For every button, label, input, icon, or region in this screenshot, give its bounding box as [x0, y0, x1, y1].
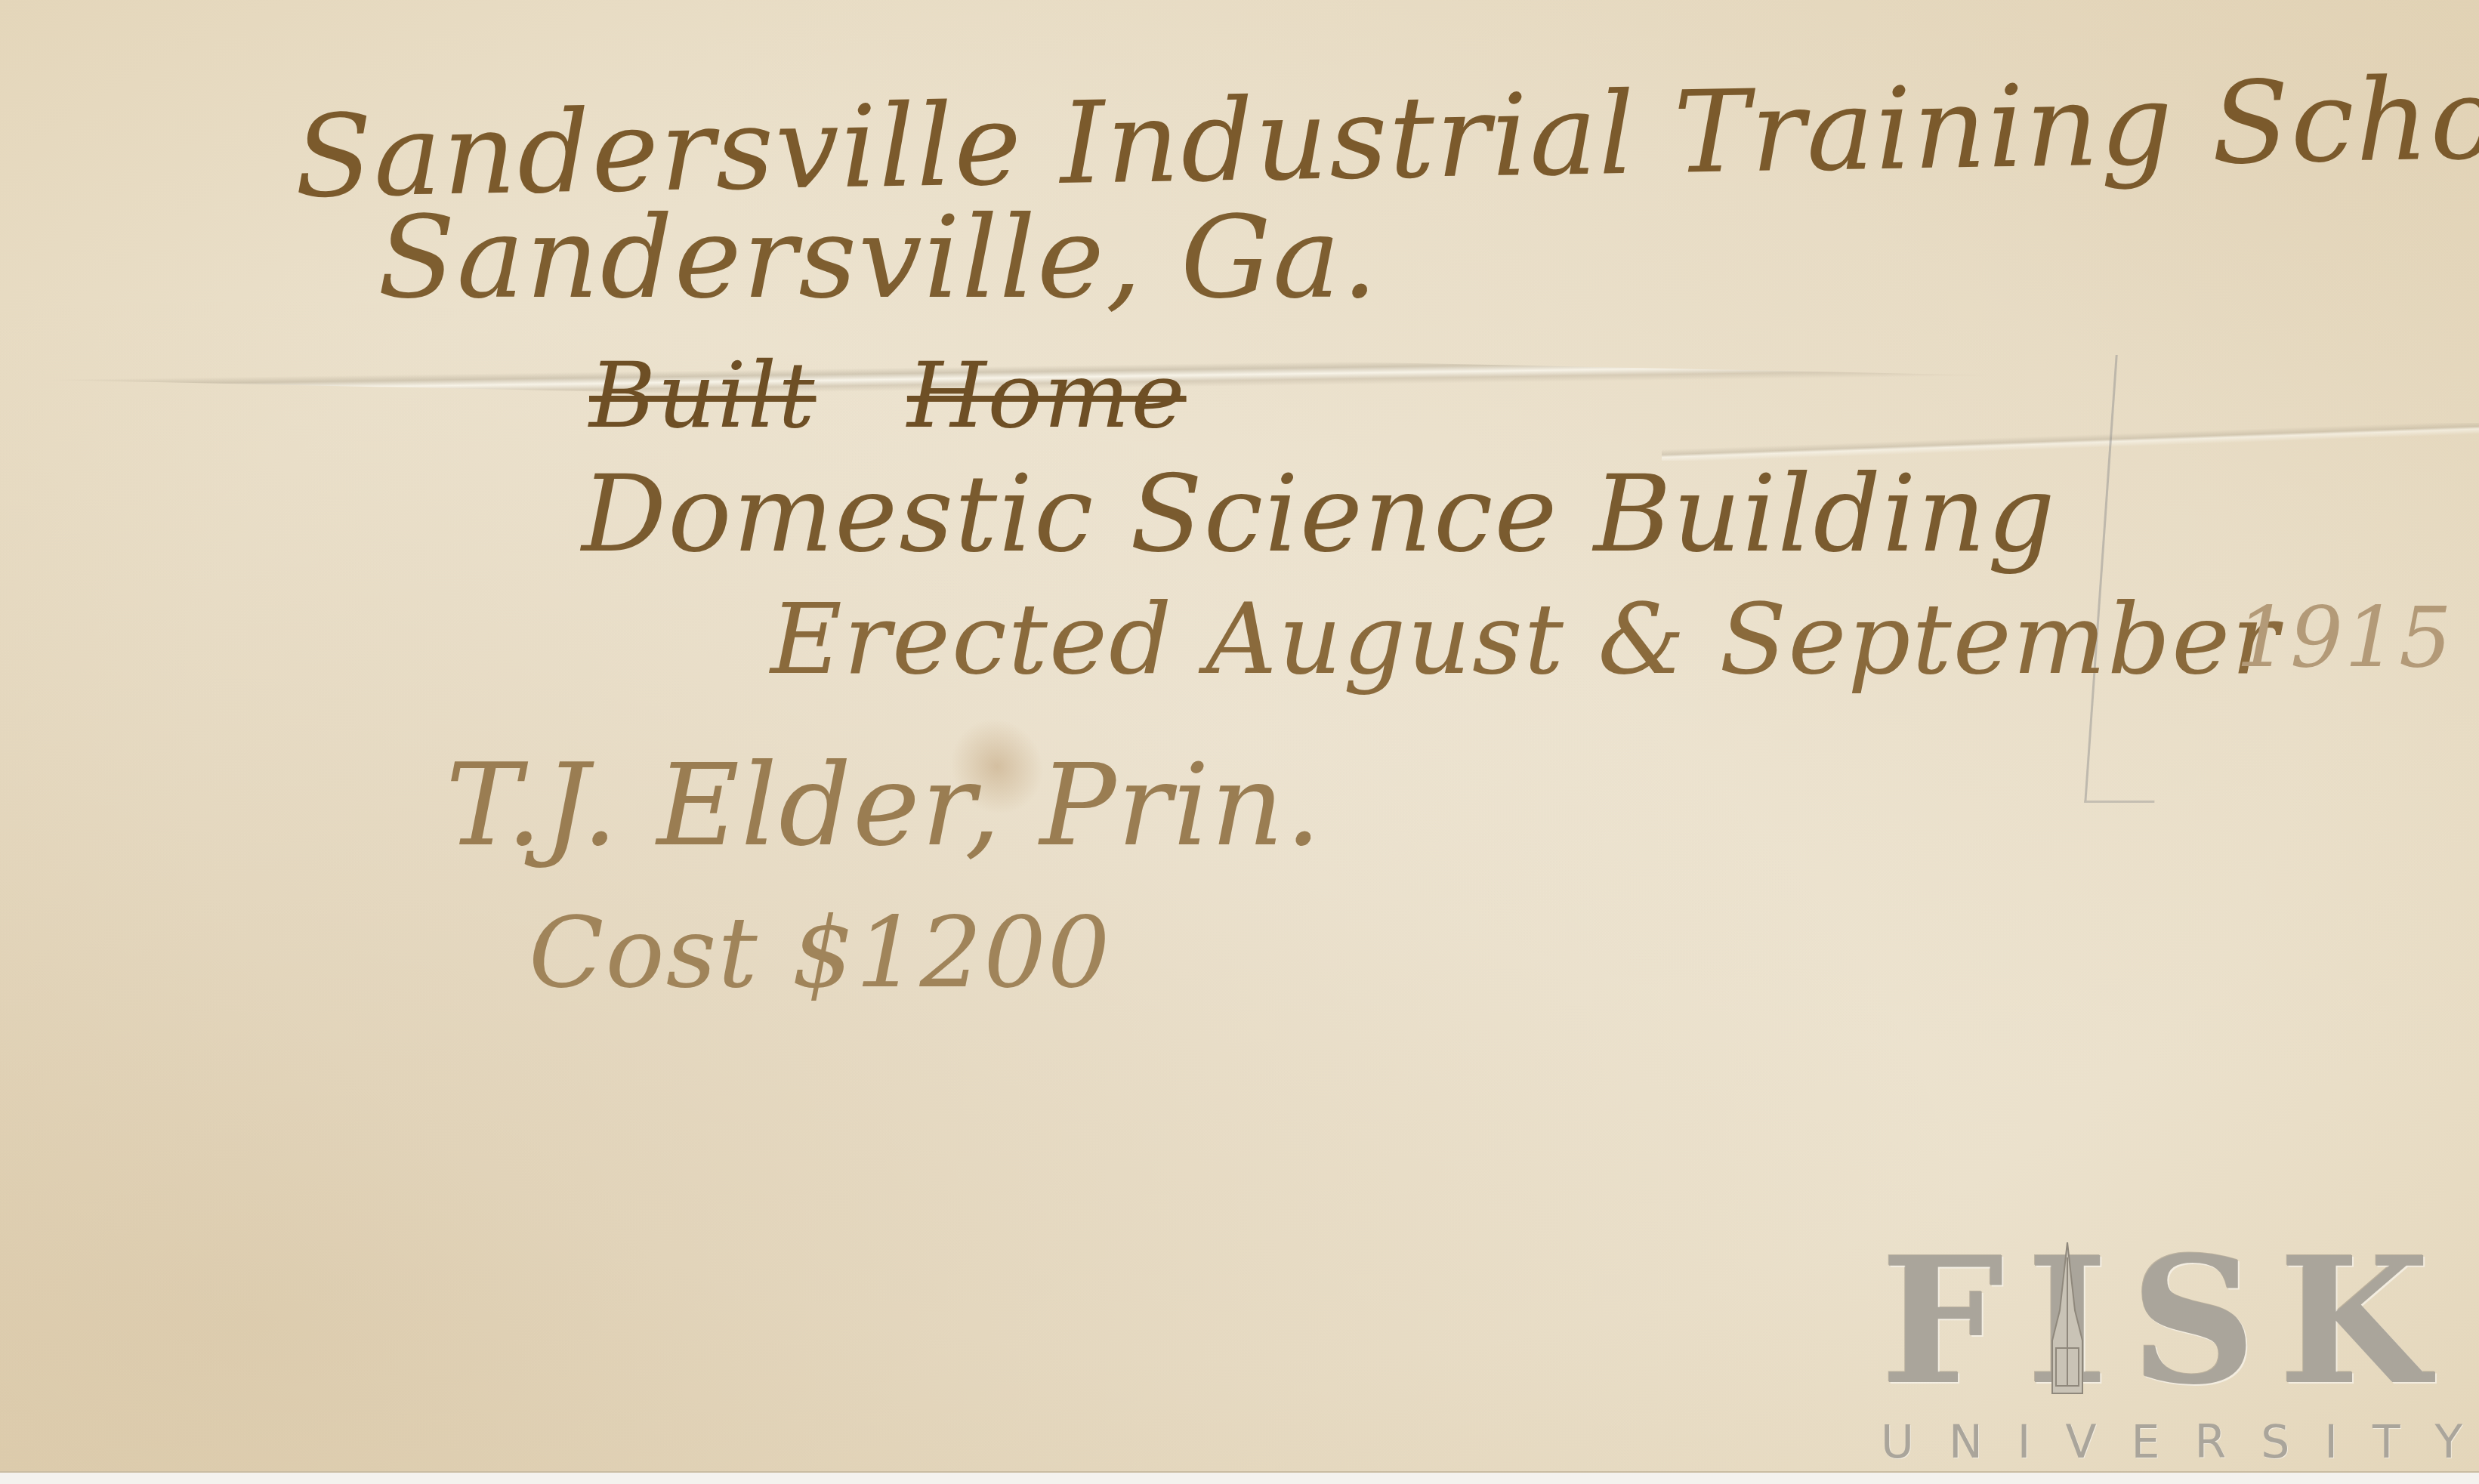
principal-line: T.J. Elder, Prin.	[446, 740, 1323, 872]
logo-wordmark: FISK	[1881, 1235, 2453, 1408]
fisk-university-logo: FISK UNIVERSITY	[1866, 1235, 2470, 1476]
year-annotation: 1915	[2236, 589, 2453, 686]
struck-text-line: Built Home	[589, 344, 1187, 449]
building-name-line: Domestic Science Building	[582, 453, 2057, 576]
chapel-spire-icon	[2041, 1242, 2094, 1401]
logo-subtext: UNIVERSITY	[1881, 1416, 2479, 1469]
struck-word-built: Built	[589, 344, 816, 449]
archival-card: Sandersville Industrial Training School …	[0, 0, 2479, 1473]
pencil-bracket-mark	[2084, 355, 2185, 803]
struck-word-home: Home	[907, 344, 1187, 449]
cost-line: Cost $1200	[529, 895, 1112, 1010]
location-line: Sandersville, Ga.	[378, 193, 1379, 324]
erected-date-line: Erected August & September	[770, 582, 2280, 696]
